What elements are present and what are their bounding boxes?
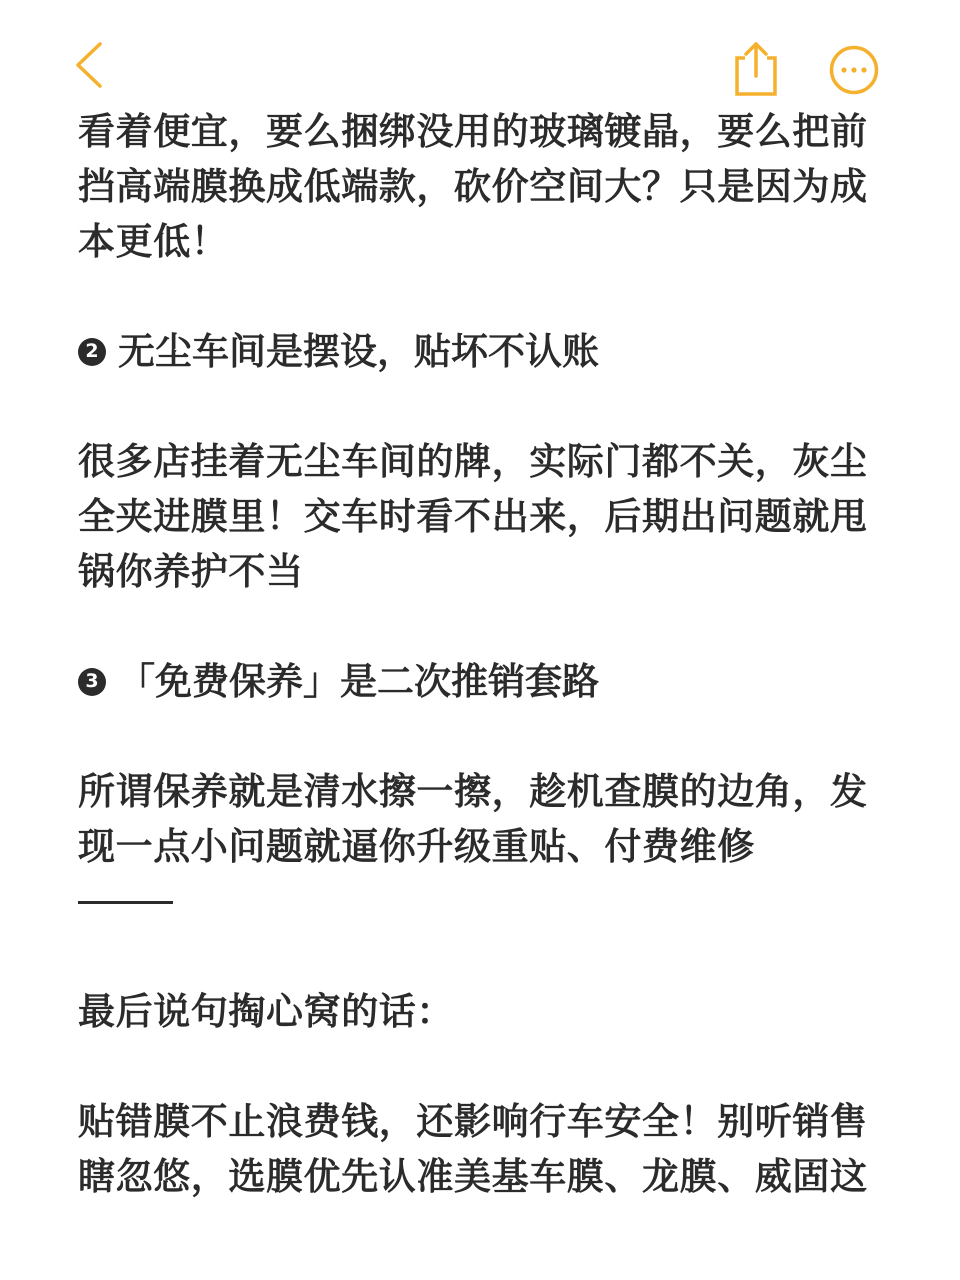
number-badge: 3: [78, 668, 106, 696]
text-line: 很多店挂着无尘车间的牌，实际门都不关，灰尘: [78, 434, 908, 489]
text-line: 瞎忽悠，选膜优先认准美基车膜、龙膜、威固这: [78, 1149, 908, 1204]
back-button[interactable]: [70, 38, 110, 92]
spacer: [78, 929, 908, 984]
paragraph-4: 贴错膜不止浪费钱，还影响行车安全！别听销售 瞎忽悠，选膜优先认准美基车膜、龙膜、…: [78, 1094, 908, 1204]
closing-heading: 最后说句掏心窝的话：: [78, 984, 908, 1039]
text-line: 所谓保养就是清水擦一擦，趁机查膜的边角，发: [78, 764, 908, 819]
spacer: [78, 379, 908, 434]
number-badge: 2: [78, 338, 106, 366]
share-button[interactable]: [728, 38, 784, 98]
article-body: 看着便宜，要么捆绑没用的玻璃镀晶，要么把前 挡高端膜换成低端款，砍价空间大？只是…: [78, 104, 908, 1204]
top-navigation-bar: [0, 0, 960, 110]
more-options-button[interactable]: [826, 44, 882, 96]
text-line: 本更低！: [78, 214, 908, 269]
text-line: 锅你养护不当: [78, 544, 908, 599]
spacer: [78, 709, 908, 764]
paragraph-3: 所谓保养就是清水擦一擦，趁机查膜的边角，发 现一点小问题就逼你升级重贴、付费维修: [78, 764, 908, 874]
paragraph-1: 看着便宜，要么捆绑没用的玻璃镀晶，要么把前 挡高端膜换成低端款，砍价空间大？只是…: [78, 104, 908, 269]
text-line: 挡高端膜换成低端款，砍价空间大？只是因为成: [78, 159, 908, 214]
spacer: [78, 269, 908, 324]
section-divider: [78, 901, 173, 904]
spacer: [78, 1039, 908, 1094]
text-line: 看着便宜，要么捆绑没用的玻璃镀晶，要么把前: [78, 104, 908, 159]
paragraph-2: 很多店挂着无尘车间的牌，实际门都不关，灰尘 全夹进膜里！交车时看不出来，后期出问…: [78, 434, 908, 599]
section-heading-3: 3 「免费保养」是二次推销套路: [78, 654, 908, 709]
spacer: [78, 599, 908, 654]
text-line: 全夹进膜里！交车时看不出来，后期出问题就甩: [78, 489, 908, 544]
section-title: 「免费保养」是二次推销套路: [118, 654, 599, 709]
section-heading-2: 2 无尘车间是摆设，贴坏不认账: [78, 324, 908, 379]
text-line: 现一点小问题就逼你升级重贴、付费维修: [78, 819, 908, 874]
text-line: 贴错膜不止浪费钱，还影响行车安全！别听销售: [78, 1094, 908, 1149]
more-horizontal-circle-icon: [826, 44, 882, 96]
chevron-left-icon: [70, 38, 110, 92]
section-title: 无尘车间是摆设，贴坏不认账: [118, 324, 599, 379]
share-icon: [728, 38, 784, 98]
